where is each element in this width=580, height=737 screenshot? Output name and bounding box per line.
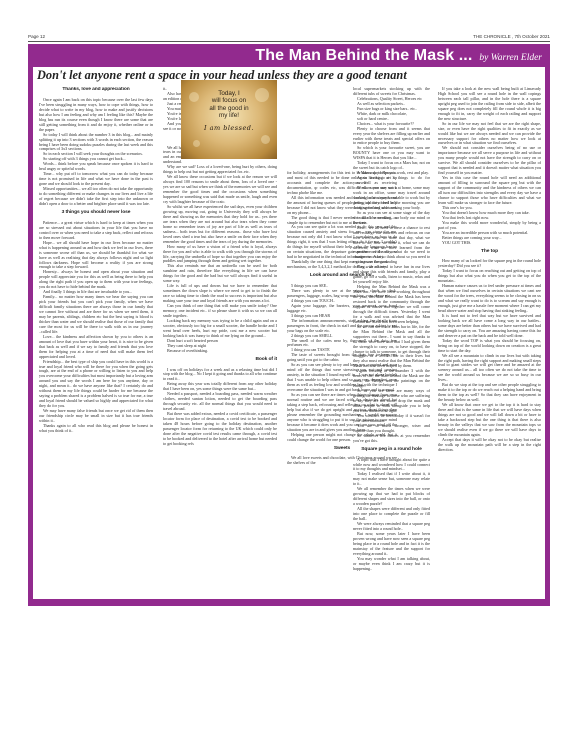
paragraph: So as you can see at some stage of the d…	[353, 211, 430, 226]
paragraph: If you take a look at the new wall being…	[438, 87, 541, 122]
quote-image: Today, I will focus on all the good in m…	[181, 80, 277, 159]
bokeh-decoration	[255, 88, 269, 102]
paragraph: Yes in this case the round hole will nee…	[438, 176, 541, 206]
paragraph: Time... why put off to tomorrow what you…	[39, 172, 153, 187]
publication-date: THE CHRONICLE , 7th October 2021	[473, 34, 550, 39]
paragraph: So in our life we may not feel that we a…	[438, 122, 541, 147]
paragraph: Once again I am back on this topic becau…	[39, 98, 153, 133]
paragraph: How many of us have a vision of a friend…	[163, 245, 277, 265]
paragraph: Today the word TOP is what you should be…	[438, 339, 541, 354]
paragraph: Missed opportunities... we all too often…	[39, 187, 153, 207]
paragraph: Plenty to choose from and it seems that …	[353, 127, 430, 147]
bokeh-decoration	[189, 92, 199, 102]
paragraph: It is hard not to feel that way but we h…	[438, 314, 541, 339]
section-heading: The top	[438, 250, 541, 255]
paragraph: So which is your favourite sweet, you ar…	[353, 146, 430, 161]
paragraph: We all see a mountain to climb in our li…	[438, 354, 541, 384]
paragraph: But now, some years later I have been pr…	[353, 532, 430, 557]
paragraph: Rest... we all need to have a chance to …	[353, 226, 430, 266]
section-heading: Square peg in a round hole	[353, 448, 430, 453]
paragraph: So we can see it is a Mars bar in life, …	[353, 325, 430, 370]
paragraph: We all know that once we get to the top …	[438, 403, 541, 438]
section-heading: Thanks, love and appreciation	[39, 88, 153, 93]
paragraph: Friendship... the best type of ship you …	[39, 360, 153, 410]
paragraph: Life is full of ups and downs but we hav…	[163, 284, 277, 304]
paragraph: So whilst we all have experienced the sa…	[163, 205, 277, 245]
paragraph: YOU GOT THIS.	[438, 241, 541, 246]
paragraph: Human nature causes us to feel under pre…	[438, 284, 541, 314]
paragraph: Love... the kindness and affection shown…	[39, 335, 153, 360]
paragraph: We all remember the times when we were g…	[353, 487, 430, 507]
paragraph: So as you see there are many ways of get…	[353, 389, 430, 414]
section-heading: Book of it	[163, 358, 277, 363]
running-head: Page 12 THE CHRONICLE , 7th October 2021	[28, 30, 550, 42]
paragraph: This also reminds me that an umbrella ca…	[163, 264, 277, 284]
paragraph: Needed a passport, needed a boarding pas…	[163, 392, 277, 412]
paragraph: You may wonder what I am talking about, …	[353, 557, 430, 572]
quote-signature: I am blessed.	[181, 124, 277, 132]
bokeh-decoration	[261, 135, 270, 144]
paragraph: But do we stop at the top and see other …	[438, 383, 541, 403]
paragraph: Play... we all need to have fun in our l…	[353, 265, 430, 285]
paragraph: So whatever life throws at you remember …	[353, 434, 430, 444]
paragraph: We all know these occasions but if we lo…	[163, 175, 277, 205]
article-byline: by Warren Elder	[479, 53, 542, 63]
article-title: The Man Behind the Mask ...	[255, 47, 472, 64]
article-tagline: Don't let anyone rent a space in your he…	[37, 68, 543, 83]
paragraph: We should not consider ourselves being o…	[438, 146, 541, 176]
paragraph: Accept that days it will be okay not to …	[438, 438, 541, 453]
paragraph: Today I want to focus on reaching out an…	[438, 269, 541, 284]
paragraph: Work... some may work at home, some may …	[353, 186, 430, 211]
paragraph: Because of overthinking.	[163, 349, 277, 354]
paragraph: Patience... a great virtue which is hard…	[39, 221, 153, 241]
paragraph: Looking back my memory was trying to be …	[163, 319, 277, 339]
quote-line: all the good in	[181, 105, 277, 112]
paragraph: Honesty... always be honest and open abo…	[39, 270, 153, 290]
paragraph: Hope... we all should have hope in our l…	[39, 241, 153, 271]
paragraph: We may have many false friends but once …	[39, 409, 153, 424]
paragraph: Today I realised that if I write about i…	[353, 472, 430, 487]
paragraph: So today I will think about the number 3…	[39, 133, 153, 153]
column-5-text: If you take a look at the new wall being…	[438, 87, 541, 599]
paragraph: Can you think of one thing that will mak…	[163, 304, 277, 319]
paragraph: Thanks again to all who read this blog a…	[39, 424, 153, 434]
paragraph: A topic that I have thought about for qu…	[353, 458, 430, 473]
paragraph: All the shapes were different and only f…	[353, 507, 430, 522]
page-number: Page 12	[28, 34, 45, 39]
article-banner: The Man Behind the Mask ... by Warren El…	[28, 44, 550, 67]
paragraph: But there was added extras, needed a cov…	[163, 412, 277, 447]
paragraph: I was off on holidays for a week and as …	[163, 368, 277, 383]
column-2: it.. Also has anyone any contacts that m…	[163, 87, 277, 597]
column-1: Thanks, love and appreciation Once again…	[39, 87, 153, 597]
section-heading: 3 things you should never lose	[39, 211, 153, 216]
column-4-text: local supermarkets stocking up with the …	[353, 87, 430, 597]
paragraph: Family... no matter how many times we he…	[39, 295, 153, 335]
paragraph: Again looking at the number 3 with the i…	[353, 369, 430, 389]
paragraph: Helping the Man Behind the Mask was a Ma…	[353, 285, 430, 325]
bokeh-decoration	[193, 140, 200, 147]
quote-line: my life!	[181, 112, 277, 119]
